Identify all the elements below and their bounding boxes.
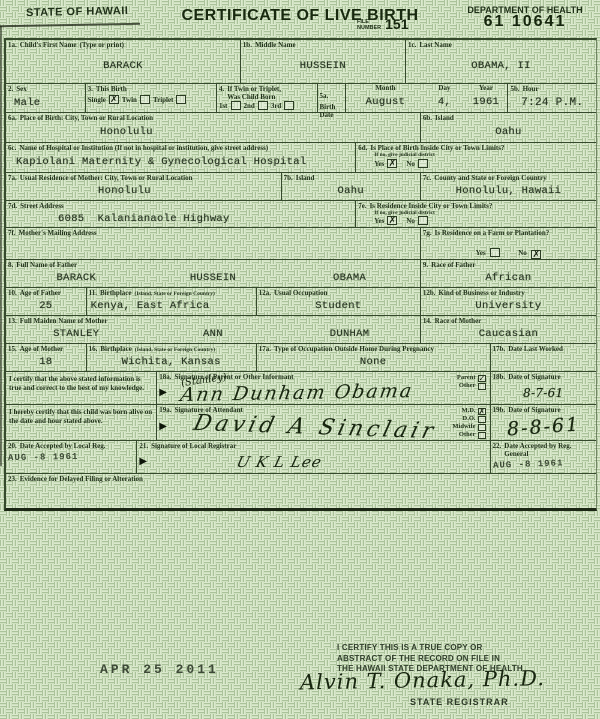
row-mailing-address: 7f.Mother's Mailing Address 7g.Is Reside… [6, 228, 596, 260]
father-industry-value: University [423, 297, 594, 315]
signature-arrow-icon: ▶ [159, 388, 167, 398]
row-place-of-birth: 6a.Place of Birth: City, Town or Rural L… [6, 113, 596, 143]
parent-signature-value: Ann Dunham Obama [179, 379, 415, 405]
checkbox-midwife [478, 424, 486, 431]
attendant-signature-date-value: 8-8-61 [506, 413, 581, 440]
reg-general-date-stamp: AUG -8 1961 [492, 457, 594, 471]
checkbox-informant-other [478, 383, 486, 390]
island-birth-value: Oahu [423, 122, 594, 142]
mother-residence-county-value: Honolulu, Hawaii [423, 182, 594, 200]
parent-signature-date-value: 8-7-61 [523, 386, 563, 400]
field-mother-residence-island: 7b.Island Oahu [281, 173, 420, 200]
field-mailing-address: 7f.Mother's Mailing Address [6, 228, 420, 259]
field-mother-race: 14.Race of Mother Caucasian [420, 316, 596, 343]
field-mother-birthplace: 16.Birthplace(Island, State or Foreign C… [86, 344, 256, 371]
field-place-of-birth: 6a.Place of Birth: City, Town or Rural L… [6, 113, 420, 142]
signature-arrow-icon: ▶ [159, 422, 167, 432]
checkbox-6d-no [418, 159, 428, 168]
checkbox-3rd [284, 101, 294, 110]
checkbox-do [478, 416, 486, 423]
row-registrar: 20.Date Accepted by Local Reg. AUG -8 19… [6, 441, 596, 474]
mother-residence-island-value: Oahu [284, 182, 418, 200]
checkbox-twin [140, 95, 150, 104]
field-date-accepted-local: 20.Date Accepted by Local Reg. AUG -8 19… [6, 441, 136, 473]
field-sex: 2.Sex Male [6, 84, 85, 112]
father-age-value: 25 [8, 297, 84, 315]
father-race-value: African [423, 269, 594, 287]
place-of-birth-value: Honolulu [8, 122, 418, 142]
row-mother-residence: 7a.Usual Residence of Mother: City, Town… [6, 173, 596, 201]
mother-age-value: 18 [8, 353, 84, 371]
field-father-industry: 12b.Kind of Business or Industry Univers… [420, 288, 596, 315]
field-mother-occupation: 17a.Type of Occupation Outside Home Duri… [256, 344, 490, 371]
sex-value: Male [8, 93, 83, 112]
field-date-last-worked: 17b.Date Last Worked [490, 344, 596, 371]
local-reg-date-stamp: AUG -8 1961 [8, 451, 134, 463]
field-residence-city-limits: 7e.Is Residence Inside City or Town Limi… [355, 201, 596, 227]
field-hospital: 6c.Name of Hospital or Institution (If n… [6, 143, 355, 172]
field-father-name: 8.Full Name of Father BARACKHUSSEINOBAMA [6, 260, 420, 287]
state-registrar-signature: Alvin T. Onaka, Ph.D. [300, 666, 580, 695]
received-date-stamp: APR 25 2011 [100, 662, 219, 677]
parent-certification-statement: I certify that the above stated informat… [6, 372, 156, 404]
file-number-block: FILE NUMBER 151 [357, 18, 409, 31]
child-middle-name-value: HUSSEIN [243, 49, 403, 83]
field-father-race: 9.Race of Father African [420, 260, 596, 287]
row-mother-details: 15.Age of Mother 18 16.Birthplace(Island… [6, 344, 596, 372]
field-attendant-signature-date: 19b.Date of Signature 8-8-61 [490, 405, 596, 440]
mailing-address-value [8, 237, 418, 259]
attendant-certification-statement: I hereby certify that this child was bor… [6, 405, 156, 440]
field-child-first-name: 1a.Child's First Name(Type or print) BAR… [6, 40, 240, 83]
child-last-name-value: OBAMA, II [408, 49, 594, 83]
row-child-name: 1a.Child's First Name(Type or print) BAR… [6, 40, 596, 84]
local-registrar-signature-value: U K L Lee [235, 453, 324, 471]
mother-residence-city-value: Honolulu [8, 182, 279, 200]
row-parent-signature: I certify that the above stated informat… [6, 372, 596, 405]
row-attendant-signature: I hereby certify that this child was bor… [6, 405, 596, 441]
row-sex-birth-date: 2.Sex Male 3.This Birth Single✗ Twin Tri… [6, 84, 596, 113]
field-island-birth: 6b.Island Oahu [420, 113, 596, 142]
state-registrar-title: STATE REGISTRAR [410, 697, 509, 707]
checkbox-6d-yes: ✗ [387, 159, 397, 168]
attendant-signature-value: David A Sinclair [191, 410, 440, 444]
field-hour: 5b.Hour 7:24 P.M. [507, 84, 596, 112]
field-street-address: 7d.Street Address 6085 Kalanianaole High… [6, 201, 355, 227]
field-local-registrar-signature: 21.Signature of Local Registrar ▶ U K L … [136, 441, 489, 473]
field-father-occupation: 12a.Usual Occupation Student [256, 288, 420, 315]
father-name-value: BARACKHUSSEINOBAMA [8, 269, 418, 287]
checkbox-7e-yes: ✗ [387, 216, 397, 225]
attendant-type-checks: M.D.✗ D.O. Midwife Other [452, 407, 485, 439]
row-father-name: 8.Full Name of Father BARACKHUSSEINOBAMA… [6, 260, 596, 288]
field-mother-age: 15.Age of Mother 18 [6, 344, 86, 371]
checkbox-attendant-other [478, 432, 486, 439]
field-farm-plantation: 7g.Is Residence on a Farm or Plantation?… [420, 228, 596, 259]
field-father-birthplace: 11.Birthplace(Island, State or Foreign C… [86, 288, 256, 315]
mother-birthplace-value: Wichita, Kansas [89, 353, 254, 371]
field-birth-date: 5a. Birth Date Month August Day 4, [317, 84, 507, 112]
field-twin-order: 4. If Twin or Triplet,Was Child Born 1st… [216, 84, 318, 112]
certificate-number: 61 10641 [452, 13, 598, 31]
checkbox-triplet [176, 95, 186, 104]
checkbox-parent: ✓ [478, 375, 486, 382]
mother-occupation-value: None [259, 353, 488, 371]
birth-year-value: 1961 [464, 92, 507, 112]
field-parent-signature: 18a.Signature of Parent or Other Informa… [156, 372, 489, 404]
checkbox-single: ✗ [109, 95, 119, 104]
mother-race-value: Caucasian [423, 325, 594, 343]
checkbox-md: ✗ [478, 408, 486, 415]
mother-name-value: STANLEYANNDUNHAM [8, 325, 418, 343]
birth-month-value: August [346, 92, 424, 112]
row-mother-name: 13.Full Maiden Name of Mother STANLEYANN… [6, 316, 596, 344]
hour-value: 7:24 P.M. [510, 93, 594, 112]
hospital-value: Kapiolani Maternity & Gynecological Hosp… [8, 152, 353, 172]
field-attendant-signature: 19a.Signature of Attendant ▶ David A Sin… [156, 405, 489, 440]
signature-arrow-icon: ▶ [139, 457, 147, 467]
birth-certificate-document: STATE OF HAWAII CERTIFICATE OF LIVE BIRT… [0, 0, 600, 719]
checkbox-2nd [258, 101, 268, 110]
informant-type-checks: Parent✓ Other [457, 374, 486, 390]
father-birthplace-value: Kenya, East Africa [89, 297, 254, 315]
field-delayed-filing-evidence: 23.Evidence for Delayed Filing or Altera… [6, 474, 596, 508]
field-mother-residence-city: 7a.Usual Residence of Mother: City, Town… [6, 173, 281, 200]
field-father-age: 10.Age of Father 25 [6, 288, 86, 315]
field-mother-name: 13.Full Maiden Name of Mother STANLEYANN… [6, 316, 420, 343]
field-birth-city-limits: 6d.Is Place of Birth Inside City or Town… [355, 143, 596, 172]
field-child-last-name: 1c.Last Name OBAMA, II [405, 40, 596, 83]
birth-day-value: 4, [424, 92, 464, 112]
row-hospital: 6c.Name of Hospital or Institution (If n… [6, 143, 596, 173]
field-parent-signature-date: 18b.Date of Signature 8-7-61 [490, 372, 596, 404]
file-number-label: FILE NUMBER [357, 19, 381, 31]
field-date-accepted-general: 22.Date Accepted by Reg. General AUG -8 … [490, 441, 596, 473]
row-delayed-filing: 23.Evidence for Delayed Filing or Altera… [6, 474, 596, 508]
certificate-form: 1a.Child's First Name(Type or print) BAR… [4, 38, 597, 511]
field-mother-residence-county: 7c.County and State or Foreign Country H… [420, 173, 596, 200]
field-child-middle-name: 1b.Middle Name HUSSEIN [240, 40, 405, 83]
date-last-worked-value [493, 353, 594, 371]
father-occupation-value: Student [259, 297, 418, 315]
checkbox-1st [231, 101, 241, 110]
row-father-details: 10.Age of Father 25 11.Birthplace(Island… [6, 288, 596, 316]
checkbox-7g-no: ✗ [531, 250, 541, 259]
street-address-value: 6085 Kalanianaole Highway [8, 210, 353, 227]
checkbox-7e-no [418, 216, 428, 225]
field-this-birth: 3.This Birth Single✗ Twin Triplet [85, 84, 216, 112]
checkbox-7g-yes [490, 248, 500, 257]
file-number-value: 151 [385, 18, 408, 31]
row-street-address: 7d.Street Address 6085 Kalanianaole High… [6, 201, 596, 228]
child-first-name-value: BARACK [8, 49, 238, 83]
